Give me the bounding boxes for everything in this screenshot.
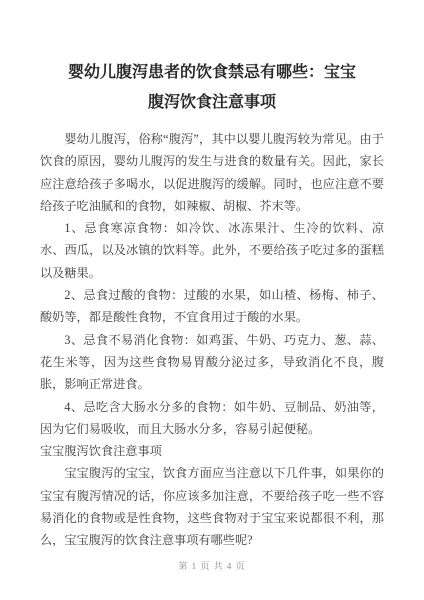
- page-number-footer: 第 1 页 共 4 页: [0, 559, 424, 572]
- paragraph: 3、忌食不易消化食物：如鸡蛋、牛奶、巧克力、葱、蒜、花生米等，因为这些食物易胃酸…: [40, 329, 384, 396]
- paragraph: 1、忌食寒凉食物：如冷饮、冰冻果汁、生冷的饮料、凉水、西瓜，以及冰镇的饮料等。此…: [40, 217, 384, 284]
- paragraph: 4、忌吃含大肠水分多的食物：如牛奶、豆制品、奶油等，因为它们易吸收，而且大肠水分…: [40, 396, 384, 441]
- document-page: 婴幼儿腹泻患者的饮食禁忌有哪些：宝宝腹泻饮食注意事项 婴幼儿腹泻，俗称“腹泻”，…: [0, 0, 424, 600]
- section-heading: 宝宝腹泻饮食注意事项: [40, 440, 384, 462]
- document-title: 婴幼儿腹泻患者的饮食禁忌有哪些：宝宝腹泻饮食注意事项: [61, 0, 363, 118]
- paragraph: 婴幼儿腹泻，俗称“腹泻”，其中以婴儿腹泻较为常见。由于饮食的原因，婴幼儿腹泻的发…: [40, 128, 384, 217]
- document-body: 婴幼儿腹泻，俗称“腹泻”，其中以婴儿腹泻较为常见。由于饮食的原因，婴幼儿腹泻的发…: [0, 128, 424, 552]
- paragraph: 宝宝腹泻的宝宝，饮食方面应当注意以下几件事，如果你的宝宝有腹泻情况的话，你应该多…: [40, 462, 384, 551]
- paragraph: 2、忌食过酸的食物：过酸的水果，如山楂、杨梅、柿子、酸奶等，都是酸性食物，不宜食…: [40, 284, 384, 329]
